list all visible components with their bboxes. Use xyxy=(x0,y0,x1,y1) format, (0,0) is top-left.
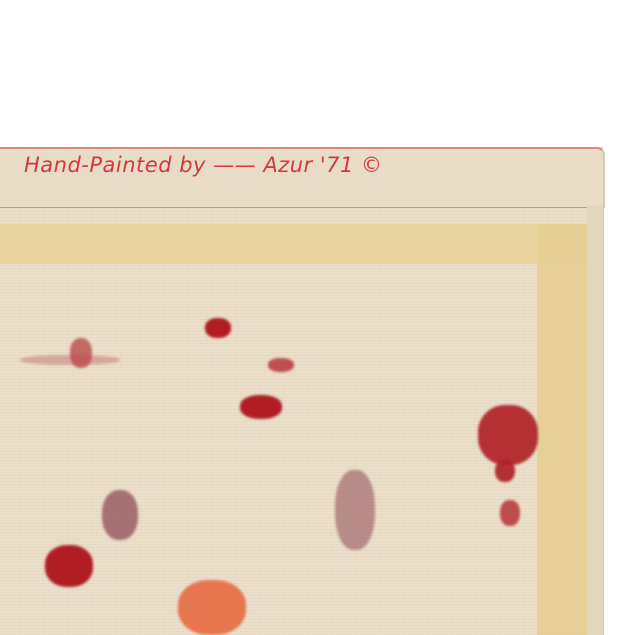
paint-blot xyxy=(268,358,294,372)
paint-blot xyxy=(20,355,120,365)
masking-tape-top xyxy=(0,224,598,264)
paint-blot xyxy=(478,405,538,465)
signature-text: Hand-Painted by —— Azur '71 © xyxy=(24,153,383,177)
paint-blot xyxy=(500,500,520,526)
paint-blot xyxy=(335,470,375,550)
paint-blot xyxy=(205,318,231,338)
paint-blot xyxy=(102,490,138,540)
paint-blot xyxy=(178,580,246,635)
paint-blot xyxy=(45,545,93,587)
masking-tape-right xyxy=(537,224,587,635)
paint-blot xyxy=(240,395,282,419)
canvas-right-edge xyxy=(587,205,604,635)
paint-blot xyxy=(495,460,515,482)
